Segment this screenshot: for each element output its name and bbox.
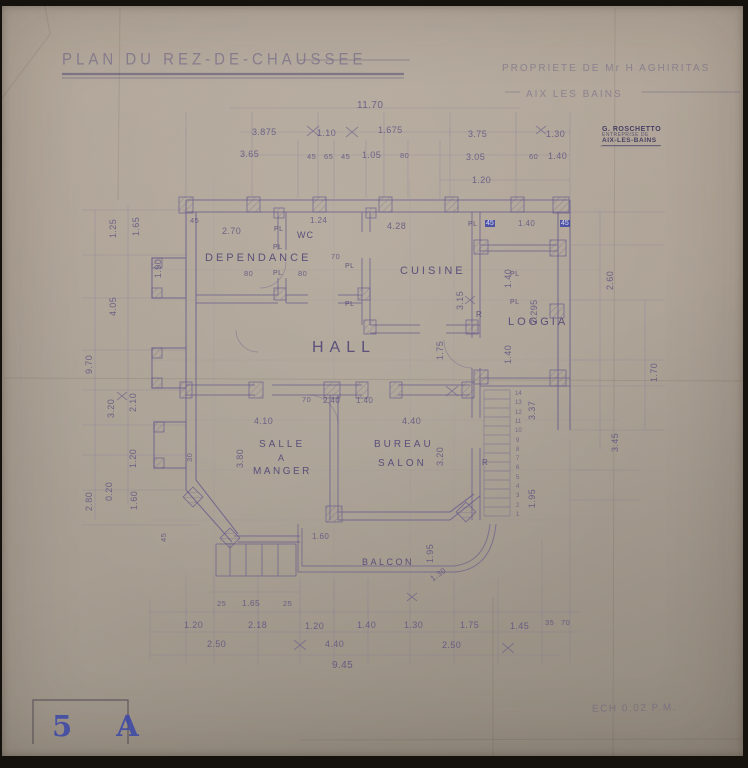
room-label-balcon: BALCON xyxy=(362,558,414,567)
stair-number: 12 xyxy=(515,410,522,416)
dim-label: 4.10 xyxy=(254,417,273,426)
contractor-role: ENTREPRISE DE xyxy=(602,133,661,138)
closet-label: PL xyxy=(273,244,283,251)
stair-number: 3 xyxy=(516,493,519,499)
dim-label: 2.10 xyxy=(129,393,138,412)
contractor-city: AIX-LES-BAINS xyxy=(602,138,661,146)
room-label-bureau-1: BUREAU xyxy=(374,440,434,450)
dim-label: 3.80 xyxy=(236,449,245,468)
stair-number: 5 xyxy=(516,475,519,481)
stair-number: 4 xyxy=(516,484,519,490)
dim-label: 2.40 xyxy=(323,397,340,405)
dim-label: 2.295 xyxy=(530,299,539,324)
room-label-salle-2: A xyxy=(278,454,287,463)
dim-label: 25 xyxy=(217,600,226,608)
fold-creases xyxy=(2,6,744,756)
sheet-number-stamp: 5 A xyxy=(52,712,156,741)
dim-label: 1.05 xyxy=(362,151,381,160)
dim-label: 65 xyxy=(324,153,333,161)
wall-piers xyxy=(152,197,569,548)
highlighted-dim-label: 45 xyxy=(560,220,570,227)
stair-number: 11 xyxy=(515,419,521,425)
dim-label: 3.65 xyxy=(240,150,259,159)
stair-number: 9 xyxy=(516,438,519,444)
dim-label: 3.875 xyxy=(252,128,277,137)
dim-label: 1.65 xyxy=(242,599,260,608)
room-label-hall: HALL xyxy=(312,340,376,356)
stair-number: 2 xyxy=(516,503,519,509)
dim-label: 1.30 xyxy=(546,130,565,139)
contractor-stamp: G. ROSCHETTO ENTREPRISE DE AIX-LES-BAINS xyxy=(602,126,661,146)
dim-label: 1.10 xyxy=(317,129,336,138)
scanned-plan-photo: PLAN DU REZ-DE-CHAUSSEE PROPRIETE DE Mr … xyxy=(0,0,748,768)
stair-number: 14 xyxy=(515,391,522,397)
dim-label: 1.40 xyxy=(518,220,535,228)
dim-label: 1.75 xyxy=(436,341,445,360)
dim-label: 60 xyxy=(529,153,538,161)
room-label-wc: WC xyxy=(297,231,314,240)
dim-label: 1.60 xyxy=(312,533,329,541)
dim-label: 1.25 xyxy=(109,219,118,238)
dim-label: 70 xyxy=(331,253,340,261)
drawing-title: PLAN DU REZ-DE-CHAUSSEE xyxy=(62,51,367,68)
dim-label: 3.05 xyxy=(466,153,485,162)
dim-label: 1.40 xyxy=(357,621,376,630)
dim-label: 70 xyxy=(561,619,570,627)
dim-label: 30 xyxy=(186,453,194,462)
dim-label: 1.30 xyxy=(404,621,423,630)
dim-label: 25 xyxy=(283,600,292,608)
property-city-label: AIX LES BAINS xyxy=(526,90,623,100)
room-label-bureau-2: SALON xyxy=(378,459,427,469)
dim-label: 3.15 xyxy=(456,291,465,310)
closet-label: PL xyxy=(345,263,355,270)
dim-label: 1.70 xyxy=(650,363,659,382)
dim-label: 1.24 xyxy=(310,217,327,225)
dim-label: 2.18 xyxy=(248,621,267,630)
dim-label: 1.675 xyxy=(378,126,403,135)
dim-label: 1.95 xyxy=(528,489,537,508)
scale-note: ECH 0.02 P.M. xyxy=(592,703,677,714)
dim-label: 1.90 xyxy=(154,259,163,278)
dim-label: 3.20 xyxy=(107,399,116,418)
property-owner-label: PROPRIETE DE Mr H AGHIRITAS xyxy=(502,64,710,74)
dim-label: 3.45 xyxy=(611,433,620,452)
plan-linework xyxy=(2,6,746,758)
radiator-label: R xyxy=(482,459,488,467)
dim-label: 1.20 xyxy=(472,176,491,185)
dim-label: 1.45 xyxy=(510,622,529,631)
stair-number: 13 xyxy=(515,400,522,406)
dim-label: 1.20 xyxy=(129,449,138,468)
dim-label: 80 xyxy=(244,270,253,278)
dim-label: 3.75 xyxy=(468,130,487,139)
dim-label: 80 xyxy=(400,152,409,160)
dim-label: 1.75 xyxy=(460,621,479,630)
dim-label: 1.20 xyxy=(305,622,324,631)
dim-label: 4.05 xyxy=(109,297,118,316)
dim-label: 0.20 xyxy=(105,482,114,501)
dim-label: 1.40 xyxy=(504,269,513,288)
drawing-sheet: PLAN DU REZ-DE-CHAUSSEE PROPRIETE DE Mr … xyxy=(2,6,743,756)
dim-label: 4.40 xyxy=(402,417,421,426)
dim-label: 45 xyxy=(190,217,199,225)
highlighted-dim-label: 45 xyxy=(485,220,495,227)
dim-label: 1.20 xyxy=(184,621,203,630)
dim-label: 4.40 xyxy=(325,640,344,649)
dim-label: 80 xyxy=(298,270,307,278)
closet-label: PL xyxy=(274,226,284,233)
dimension-lines xyxy=(82,108,665,665)
dim-label: 1.65 xyxy=(132,217,141,236)
dim-label: 1.40 xyxy=(356,397,373,405)
dim-label: 11.70 xyxy=(357,101,383,111)
closet-label: PL xyxy=(273,270,283,277)
dim-label: 35 xyxy=(545,619,554,627)
stair-number: 7 xyxy=(516,456,519,462)
stair-number: 8 xyxy=(516,447,519,453)
closet-label: PL xyxy=(510,299,520,306)
stair-treads xyxy=(484,390,510,516)
dim-label: 3.37 xyxy=(528,401,537,420)
dim-label: 4.28 xyxy=(387,222,406,231)
radiator-label: R xyxy=(476,311,482,319)
dim-label: 1.40 xyxy=(548,152,567,161)
dim-label: 2.50 xyxy=(207,640,226,649)
room-label-salle-3: MANGER xyxy=(253,467,312,477)
dim-label: 1.40 xyxy=(504,345,513,364)
room-label-cuisine: CUISINE xyxy=(400,266,466,277)
room-label-salle-1: SALLE xyxy=(259,440,305,450)
dim-label: 45 xyxy=(341,153,350,161)
closet-label: PL xyxy=(468,221,478,228)
dim-label: 45 xyxy=(307,153,316,161)
stair-number: 6 xyxy=(516,465,519,471)
dim-label: 9.70 xyxy=(85,355,94,374)
dim-label: 3.20 xyxy=(436,447,445,466)
dim-label: 70 xyxy=(302,396,311,404)
dim-label: 45 xyxy=(160,533,168,542)
stair-number: 1 xyxy=(516,512,519,518)
dim-label: 2.50 xyxy=(442,641,461,650)
closet-label: PL xyxy=(345,301,355,308)
stair-number: 10 xyxy=(515,428,522,434)
dim-label: 2.70 xyxy=(222,227,241,236)
construction-grid xyxy=(150,180,620,600)
dim-label: 2.60 xyxy=(606,271,615,290)
room-label-dependance: DEPENDANCE xyxy=(205,253,311,264)
dim-label: 1.60 xyxy=(130,491,139,510)
dim-label: 2.80 xyxy=(85,492,94,511)
dim-label: 1.95 xyxy=(426,544,435,563)
dim-label: 9.45 xyxy=(332,661,353,671)
